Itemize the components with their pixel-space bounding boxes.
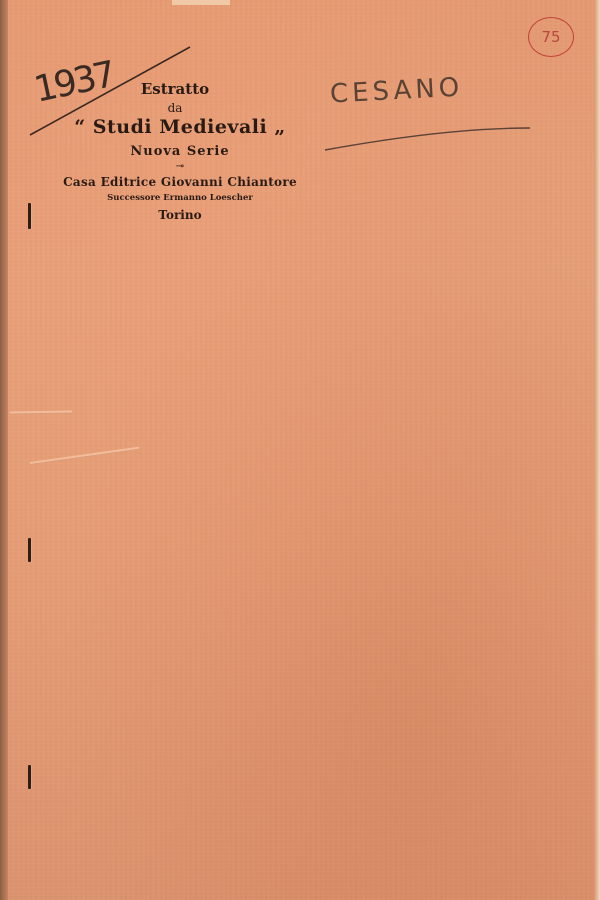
imprint-successor: Successore Ermanno Loescher (70, 194, 290, 203)
imprint-journal-title: “ Studi Medievali „ (65, 118, 295, 137)
ornament-icon: ⊸ (160, 162, 200, 172)
red-circled-number: 75 (528, 17, 574, 57)
imprint-estratto: Estratto (135, 82, 215, 97)
imprint-publisher: Casa Editrice Giovanni Chiantore (40, 176, 320, 188)
imprint-city: Torino (140, 209, 220, 221)
imprint-da: da (155, 102, 195, 114)
imprint-series: Nuova Serie (120, 145, 240, 158)
